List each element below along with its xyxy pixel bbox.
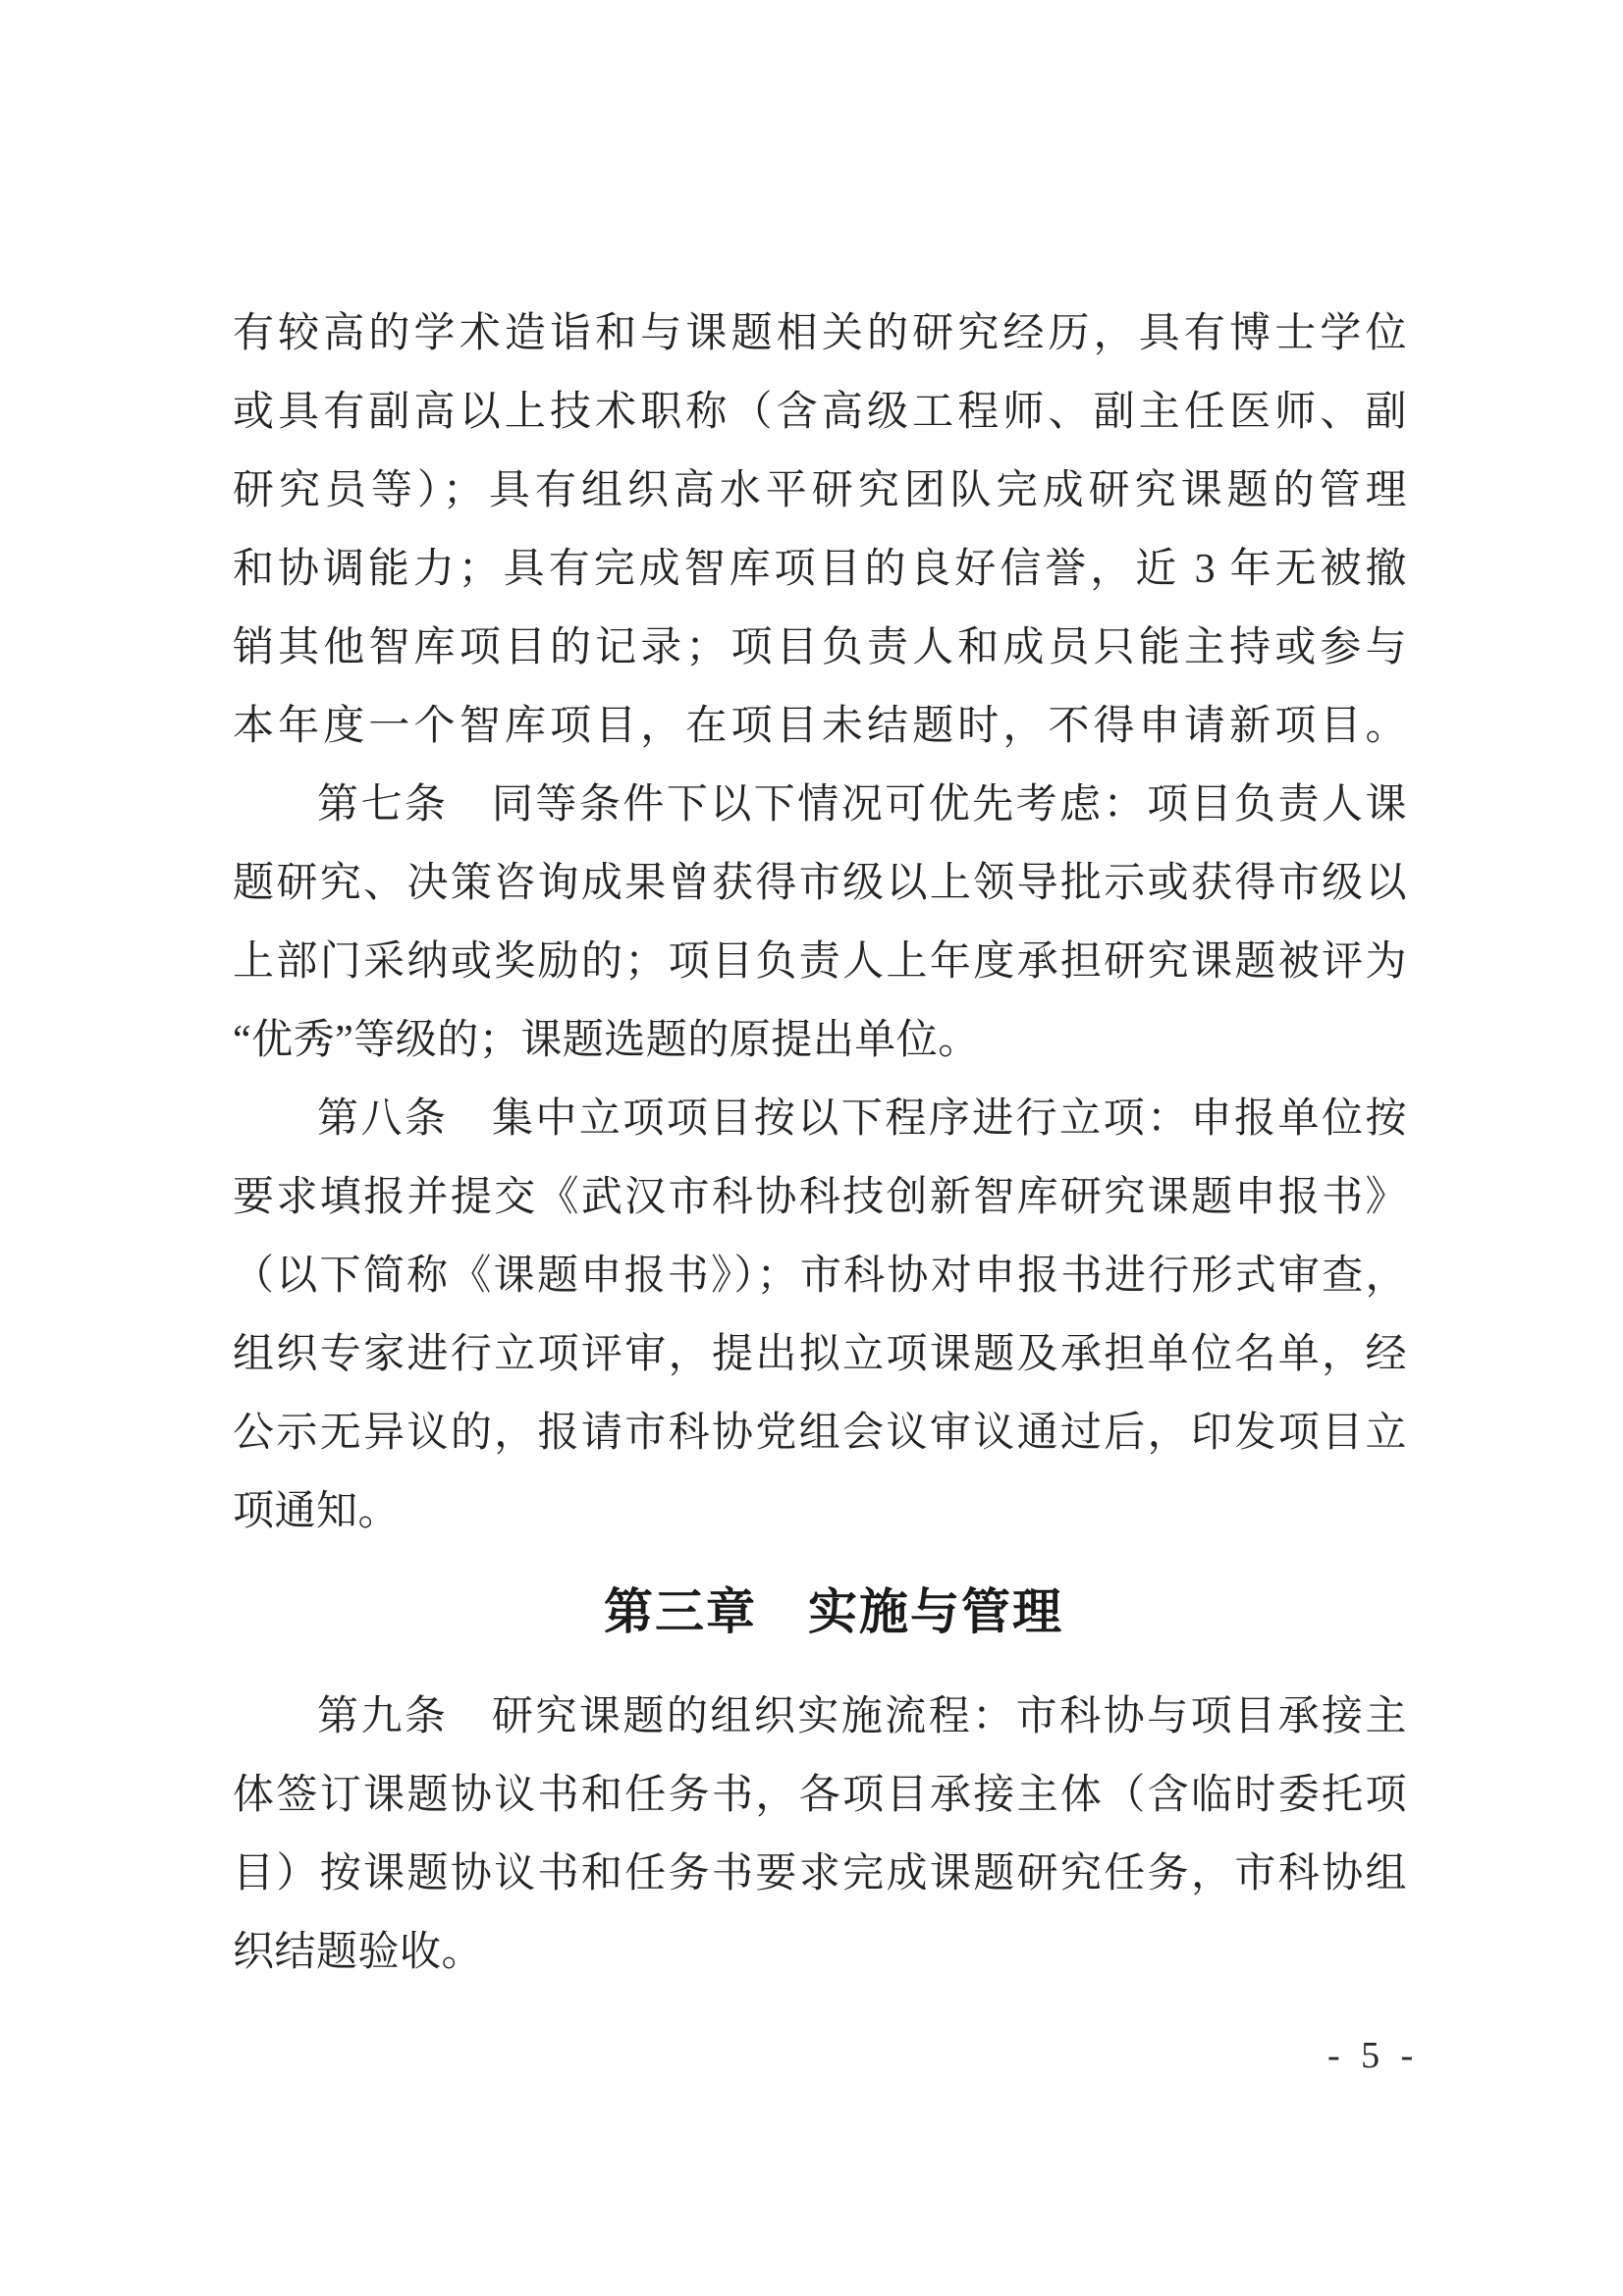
text-line: 或具有副高以上技术职称（含高级工程师、副主任医师、副 — [233, 373, 1407, 452]
text-line: 研究员等）；具有组织高水平研究团队完成研究课题的管理 — [233, 452, 1407, 530]
text-line: 销其他智库项目的记录；项目负责人和成员只能主持或参与 — [233, 609, 1407, 687]
text-line: 公示无异议的，报请市科协党组会议审议通过后，印发项目立 — [233, 1394, 1407, 1472]
page-number: - 5 - — [1327, 2034, 1419, 2077]
text-line: 项通知。 — [233, 1472, 1407, 1551]
text-line: 第九条 研究课题的组织实施流程：市科协与项目承接主 — [233, 1678, 1407, 1756]
text-line: 目）按课题协议书和任务书要求完成课题研究任务，市科协组 — [233, 1835, 1407, 1913]
document-body: 有较高的学术造诣和与课题相关的研究经历，具有博士学位或具有副高以上技术职称（含高… — [233, 294, 1407, 1992]
paragraph: 第九条 研究课题的组织实施流程：市科协与项目承接主体签订课题协议书和任务书，各项… — [233, 1678, 1407, 1992]
text-line: 织结题验收。 — [233, 1913, 1407, 1992]
text-line: 要求填报并提交《武汉市科协科技创新智库研究课题申报书》 — [233, 1158, 1407, 1237]
text-line: 体签订课题协议书和任务书，各项目承接主体（含临时委托项 — [233, 1756, 1407, 1835]
chapter-heading: 第三章 实施与管理 — [233, 1570, 1407, 1654]
text-line: 有较高的学术造诣和与课题相关的研究经历，具有博士学位 — [233, 294, 1407, 373]
text-line: “优秀”等级的；课题选题的原提出单位。 — [233, 1001, 1407, 1080]
text-line: 题研究、决策咨询成果曾获得市级以上领导批示或获得市级以 — [233, 844, 1407, 923]
text-line: 第八条 集中立项项目按以下程序进行立项：申报单位按 — [233, 1080, 1407, 1158]
paragraph: 第八条 集中立项项目按以下程序进行立项：申报单位按要求填报并提交《武汉市科协科技… — [233, 1080, 1407, 1551]
text-line: 和协调能力；具有完成智库项目的良好信誉，近 3 年无被撤 — [233, 530, 1407, 609]
paragraph: 有较高的学术造诣和与课题相关的研究经历，具有博士学位或具有副高以上技术职称（含高… — [233, 294, 1407, 766]
text-line: （以下简称《课题申报书》）；市科协对申报书进行形式审查， — [233, 1237, 1407, 1315]
text-line: 本年度一个智库项目，在项目未结题时，不得申请新项目。 — [233, 687, 1407, 766]
text-line: 上部门采纳或奖励的；项目负责人上年度承担研究课题被评为 — [233, 923, 1407, 1001]
text-line: 组织专家进行立项评审，提出拟立项课题及承担单位名单，经 — [233, 1315, 1407, 1394]
paragraph: 第七条 同等条件下以下情况可优先考虑：项目负责人课题研究、决策咨询成果曾获得市级… — [233, 766, 1407, 1080]
text-line: 第七条 同等条件下以下情况可优先考虑：项目负责人课 — [233, 766, 1407, 844]
document-page: 有较高的学术造诣和与课题相关的研究经历，具有博士学位或具有副高以上技术职称（含高… — [0, 0, 1623, 2296]
